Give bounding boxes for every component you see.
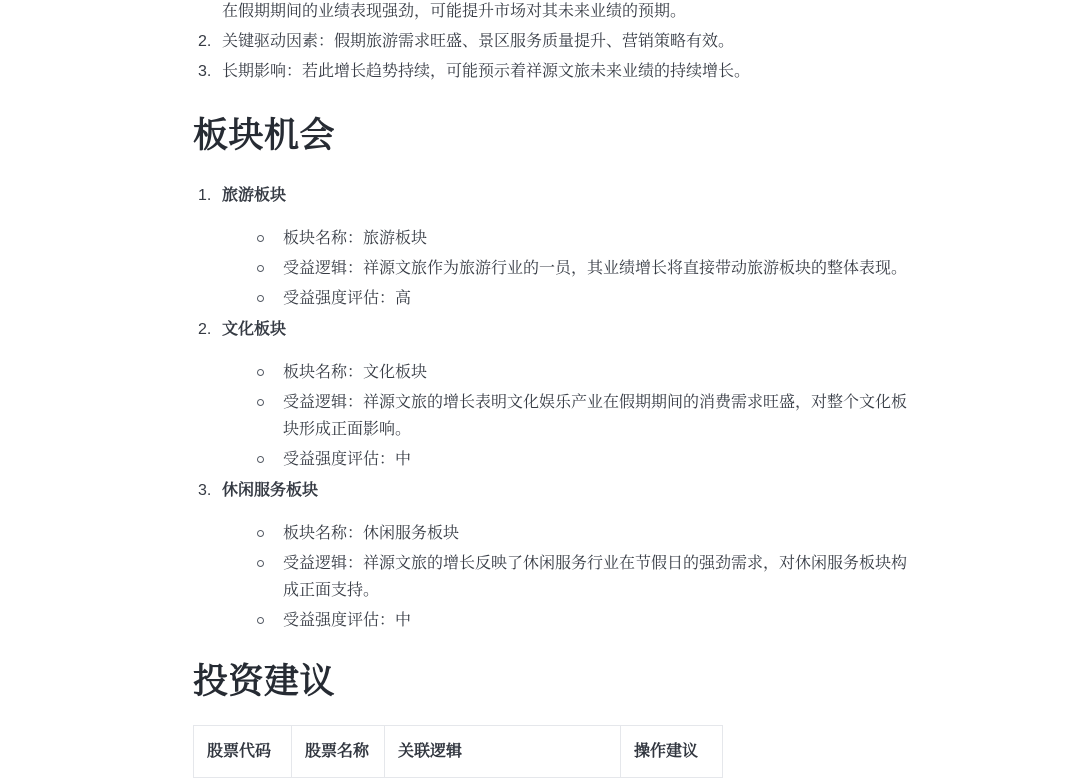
sector-bullet-list: 板块名称：旅游板块 受益逻辑：祥源文旅作为旅游行业的一员，其业绩增长将直接带动旅… <box>222 225 909 312</box>
bullet-item: 受益逻辑：祥源文旅的增长表明文化娱乐产业在假期期间的消费需求旺盛，对整个文化板块… <box>222 389 909 443</box>
bullet-item: 板块名称：旅游板块 <box>222 225 909 252</box>
bullet-text: 受益强度评估：中 <box>283 451 411 468</box>
circle-bullet-icon <box>257 399 264 406</box>
list-item-number: 2. <box>198 27 211 57</box>
bullet-text: 受益逻辑：祥源文旅的增长反映了休闲服务行业在节假日的强劲需求，对休闲服务板块构成… <box>283 555 907 599</box>
sector-list-item: 2. 文化板块 板块名称：文化板块 受益逻辑：祥源文旅的增长表明文化娱乐产业在假… <box>193 315 909 473</box>
sector-list-item: 3. 休闲服务板块 板块名称：休闲服务板块 受益逻辑：祥源文旅的增长反映了休闲服… <box>193 476 909 634</box>
list-item-number: 1. <box>198 181 211 211</box>
list-item: 3. 长期影响：若此增长趋势持续，可能预示着祥源文旅未来业绩的持续增长。 <box>193 57 909 87</box>
circle-bullet-icon <box>257 265 264 272</box>
list-item-text: 在假期期间的业绩表现强劲，可能提升市场对其未来业绩的预期。 <box>222 3 686 20</box>
bullet-text: 板块名称：休闲服务板块 <box>283 525 459 542</box>
circle-bullet-icon <box>257 617 264 624</box>
table-header-action-advice: 操作建议 <box>621 726 723 778</box>
list-item: 2. 关键驱动因素：假期旅游需求旺盛、景区服务质量提升、营销策略有效。 <box>193 27 909 57</box>
sector-bullet-list: 板块名称：文化板块 受益逻辑：祥源文旅的增长表明文化娱乐产业在假期期间的消费需求… <box>222 359 909 473</box>
bullet-text: 受益逻辑：祥源文旅的增长表明文化娱乐产业在假期期间的消费需求旺盛，对整个文化板块… <box>283 394 907 438</box>
bullet-item: 受益逻辑：祥源文旅作为旅游行业的一员，其业绩增长将直接带动旅游板块的整体表现。 <box>222 255 909 282</box>
sector-name: 休闲服务板块 <box>222 482 318 499</box>
list-item-number: 3. <box>198 57 211 87</box>
list-item-text: 长期影响：若此增长趋势持续，可能预示着祥源文旅未来业绩的持续增长。 <box>222 63 750 80</box>
circle-bullet-icon <box>257 530 264 537</box>
list-item-number: 2. <box>198 315 211 345</box>
list-item-continuation: 在假期期间的业绩表现强劲，可能提升市场对其未来业绩的预期。 <box>193 0 909 27</box>
bullet-item: 受益逻辑：祥源文旅的增长反映了休闲服务行业在节假日的强劲需求，对休闲服务板块构成… <box>222 550 909 604</box>
bullet-text: 受益强度评估：中 <box>283 612 411 629</box>
section-title-investment-advice: 投资建议 <box>193 661 909 703</box>
bullet-item: 板块名称：休闲服务板块 <box>222 520 909 547</box>
bullet-text: 受益强度评估：高 <box>283 290 411 307</box>
sector-name: 旅游板块 <box>222 187 286 204</box>
circle-bullet-icon <box>257 369 264 376</box>
bullet-item: 受益强度评估：高 <box>222 285 909 312</box>
document-page: 在假期期间的业绩表现强劲，可能提升市场对其未来业绩的预期。 2. 关键驱动因素：… <box>0 0 1080 779</box>
circle-bullet-icon <box>257 456 264 463</box>
table-header-stock-code: 股票代码 <box>194 726 292 778</box>
table-header-related-logic: 关联逻辑 <box>385 726 621 778</box>
bullet-text: 板块名称：旅游板块 <box>283 230 427 247</box>
investment-advice-table: 股票代码 股票名称 关联逻辑 操作建议 <box>193 725 723 778</box>
sector-list-item: 1. 旅游板块 板块名称：旅游板块 受益逻辑：祥源文旅作为旅游行业的一员，其业绩… <box>193 181 909 312</box>
section-title-sector-opportunities: 板块机会 <box>193 115 909 157</box>
circle-bullet-icon <box>257 295 264 302</box>
sector-bullet-list: 板块名称：休闲服务板块 受益逻辑：祥源文旅的增长反映了休闲服务行业在节假日的强劲… <box>222 520 909 634</box>
table-header-stock-name: 股票名称 <box>292 726 385 778</box>
list-item-text: 关键驱动因素：假期旅游需求旺盛、景区服务质量提升、营销策略有效。 <box>222 33 734 50</box>
sector-name: 文化板块 <box>222 321 286 338</box>
bullet-item: 受益强度评估：中 <box>222 607 909 634</box>
document-content: 在假期期间的业绩表现强劲，可能提升市场对其未来业绩的预期。 2. 关键驱动因素：… <box>193 0 909 778</box>
circle-bullet-icon <box>257 560 264 567</box>
circle-bullet-icon <box>257 235 264 242</box>
list-item-number: 3. <box>198 476 211 506</box>
bullet-item: 受益强度评估：中 <box>222 446 909 473</box>
table-header-row: 股票代码 股票名称 关联逻辑 操作建议 <box>194 726 723 778</box>
bullet-item: 板块名称：文化板块 <box>222 359 909 386</box>
bullet-text: 板块名称：文化板块 <box>283 364 427 381</box>
bullet-text: 受益逻辑：祥源文旅作为旅游行业的一员，其业绩增长将直接带动旅游板块的整体表现。 <box>283 260 907 277</box>
